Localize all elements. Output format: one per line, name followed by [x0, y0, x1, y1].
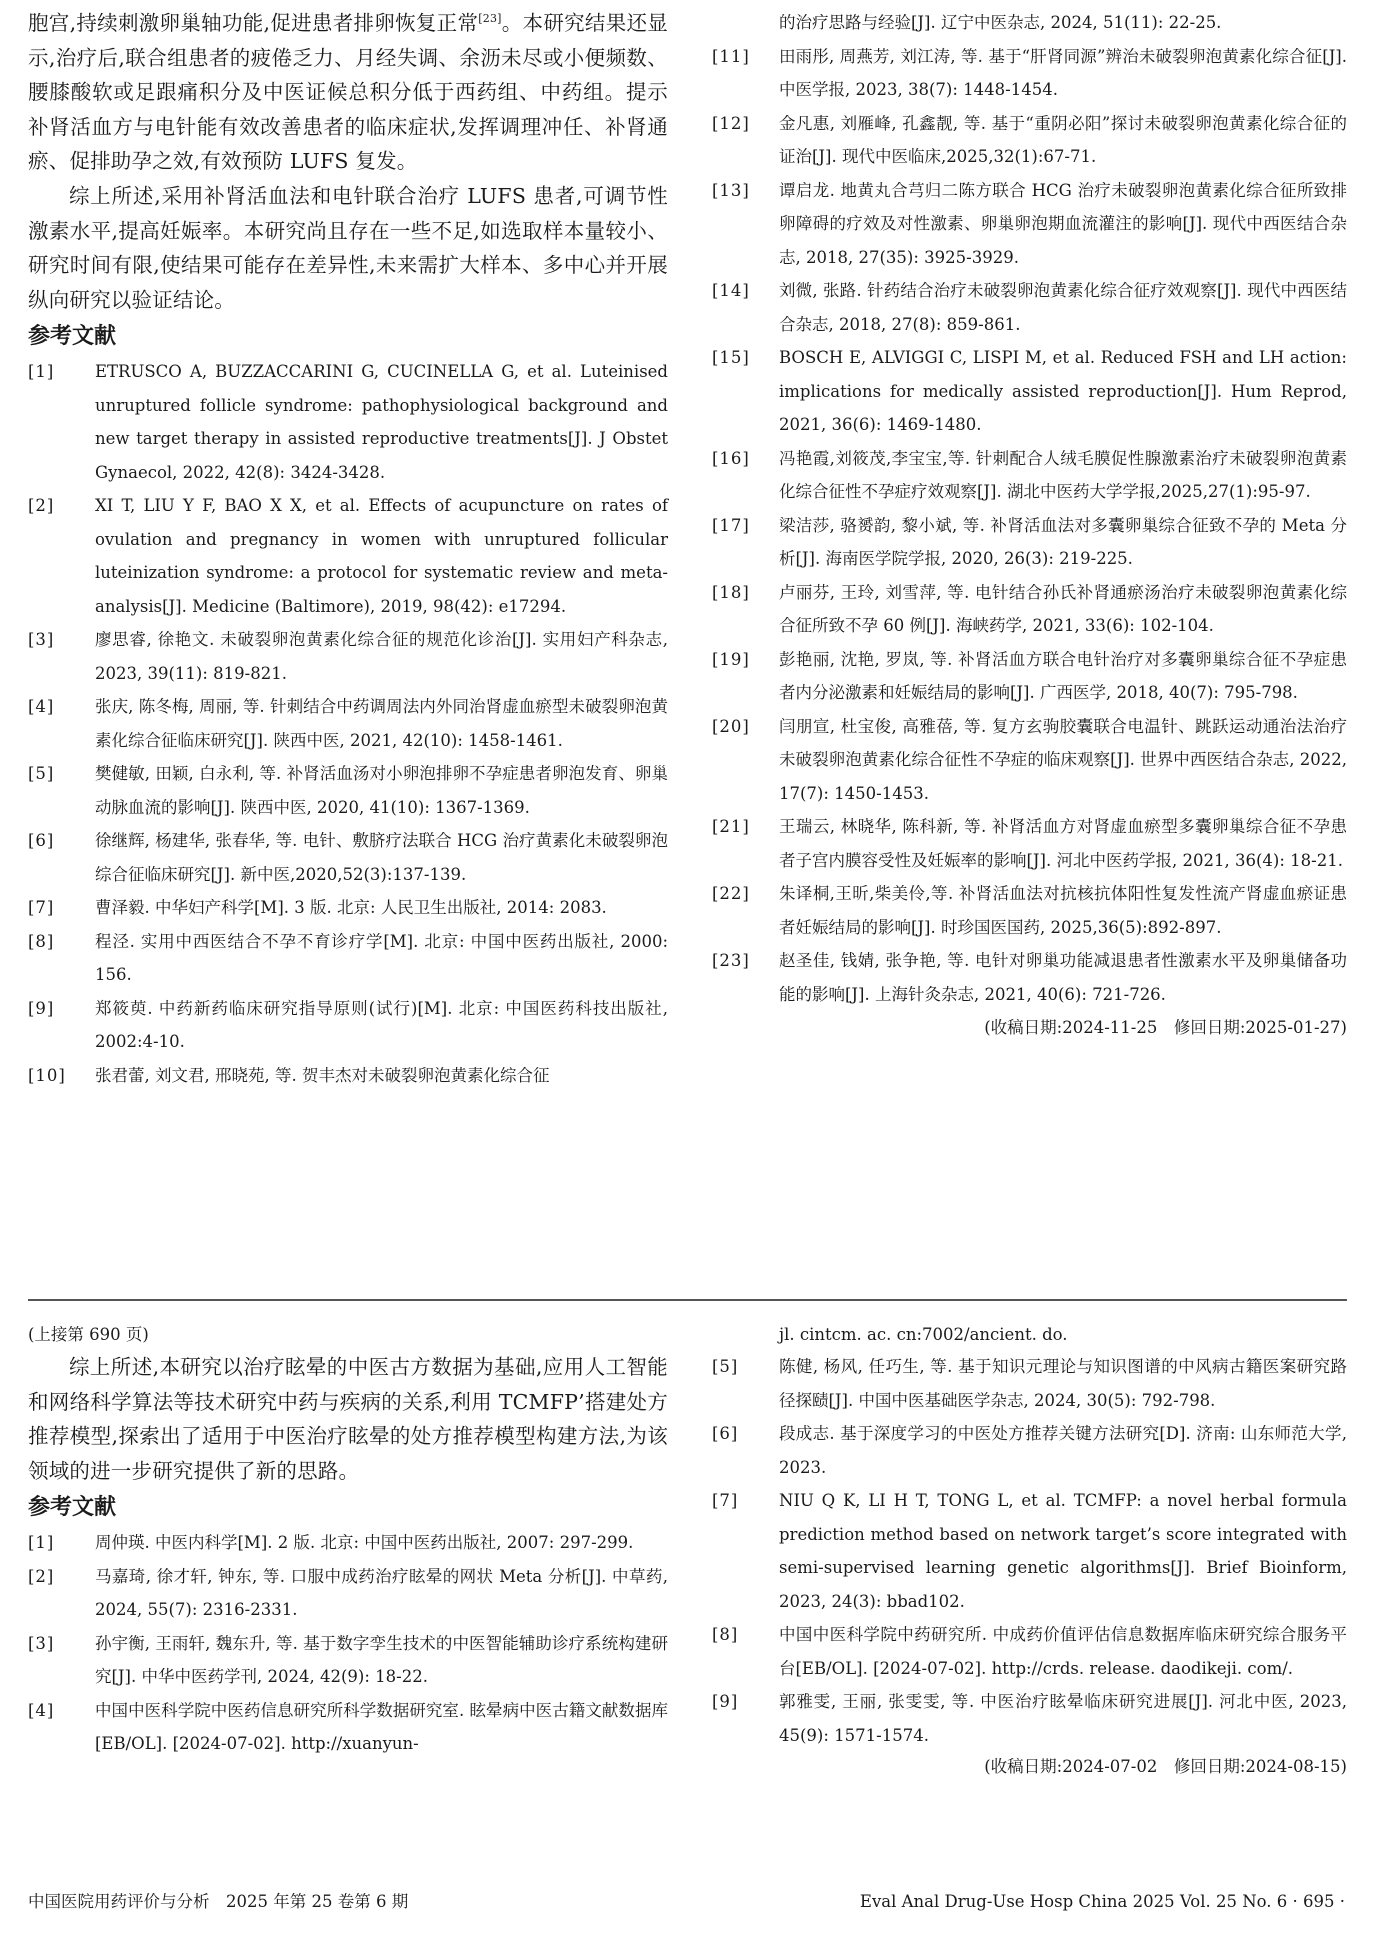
- journal-footer-en: Eval Anal Drug-Use Hosp China 2025 Vol. …: [860, 1890, 1345, 1914]
- reference-number: [4]: [28, 690, 95, 757]
- reference-item: [9]郑筱萸. 中药新药临床研究指导原则(试行)[M]. 北京: 中国医药科技出…: [28, 992, 668, 1059]
- reference-item: [2]XI T, LIU Y F, BAO X X, et al. Effect…: [28, 489, 668, 623]
- reference-item: [9]郭雅雯, 王丽, 张雯雯, 等. 中医治疗眩晕临床研究进展[J]. 河北中…: [712, 1685, 1347, 1752]
- top-left-column: 胞宫,持续刺激卵巢轴功能,促进患者排卵恢复正常[23]。本研究结果还显示,治疗后…: [28, 6, 668, 1092]
- reference-number: [3]: [28, 1627, 95, 1694]
- reference-text: 张君蕾, 刘文君, 邢晓苑, 等. 贺丰杰对未破裂卵泡黄素化综合征: [95, 1059, 668, 1093]
- reference-text: 郑筱萸. 中药新药临床研究指导原则(试行)[M]. 北京: 中国医药科技出版社,…: [95, 992, 668, 1059]
- reference-text: 曹泽毅. 中华妇产科学[M]. 3 版. 北京: 人民卫生出版社, 2014: …: [95, 891, 668, 925]
- reference-text: 王瑞云, 林晓华, 陈科新, 等. 补肾活血方对肾虚血瘀型多囊卵巢综合征不孕患者…: [779, 810, 1347, 877]
- reference-text: BOSCH E, ALVIGGI C, LISPI M, et al. Redu…: [779, 341, 1347, 442]
- reference-text: 田雨彤, 周燕芳, 刘江涛, 等. 基于“肝肾同源”辨治未破裂卵泡黄素化综合征[…: [779, 40, 1347, 107]
- reference-number: [3]: [28, 623, 95, 690]
- reference-number: [6]: [712, 1417, 779, 1484]
- reference-item: [3]廖思睿, 徐艳文. 未破裂卵泡黄素化综合征的规范化诊治[J]. 实用妇产科…: [28, 623, 668, 690]
- reference-item: [7]曹泽毅. 中华妇产科学[M]. 3 版. 北京: 人民卫生出版社, 201…: [28, 891, 668, 925]
- reference-text: 彭艳丽, 沈艳, 罗岚, 等. 补肾活血方联合电针治疗对多囊卵巢综合征不孕症患者…: [779, 643, 1347, 710]
- received-revised-dates: (收稿日期:2024-07-02 修回日期:2024-08-15): [712, 1752, 1347, 1782]
- reference-number: [15]: [712, 341, 779, 442]
- references-heading: 参考文献: [28, 1490, 668, 1526]
- reference-text: 朱译桐,王昕,柴美伶,等. 补肾活血法对抗核抗体阳性复发性流产肾虚血瘀证患者妊娠…: [779, 877, 1347, 944]
- reference-text: 程泾. 实用中西医结合不孕不育诊疗学[M]. 北京: 中国中医药出版社, 200…: [95, 925, 668, 992]
- reference-number: [23]: [712, 944, 779, 1011]
- paragraph-text: 。本研究结果还显示,治疗后,联合组患者的疲倦乏力、月经失调、余沥未尽或小便频数、…: [28, 11, 668, 173]
- received-revised-dates: (收稿日期:2024-11-25 修回日期:2025-01-27): [712, 1011, 1347, 1045]
- reference-item: [2]马嘉琦, 徐才轩, 钟东, 等. 口服中成药治疗眩晕的网状 Meta 分析…: [28, 1560, 668, 1627]
- references-heading: 参考文献: [28, 319, 668, 355]
- reference-text: 梁洁莎, 骆赟韵, 黎小斌, 等. 补肾活血法对多囊卵巢综合征致不孕的 Meta…: [779, 509, 1347, 576]
- reference-list: [1]周仲瑛. 中医内科学[M]. 2 版. 北京: 中国中医药出版社, 200…: [28, 1526, 668, 1761]
- reference-number: [5]: [28, 757, 95, 824]
- reference-number: [1]: [28, 355, 95, 489]
- reference-text: ETRUSCO A, BUZZACCARINI G, CUCINELLA G, …: [95, 355, 668, 489]
- continued-from-note: (上接第 690 页): [28, 1320, 668, 1350]
- reference-item: [6]段成志. 基于深度学习的中医处方推荐关键方法研究[D]. 济南: 山东师范…: [712, 1417, 1347, 1484]
- reference-number: [10]: [28, 1059, 95, 1093]
- reference-item: [22]朱译桐,王昕,柴美伶,等. 补肾活血法对抗核抗体阳性复发性流产肾虚血瘀证…: [712, 877, 1347, 944]
- reference-text: 闫朋宣, 杜宝俊, 高雅蓓, 等. 复方玄驹胶囊联合电温针、跳跃运动通治法治疗未…: [779, 710, 1347, 811]
- reference-text: 徐继辉, 杨建华, 张春华, 等. 电针、敷脐疗法联合 HCG 治疗黄素化未破裂…: [95, 824, 668, 891]
- reference-number: [2]: [28, 1560, 95, 1627]
- reference-text: 中国中医科学院中药研究所. 中成药价值评估信息数据库临床研究综合服务平台[EB/…: [779, 1618, 1347, 1685]
- reference-number: [20]: [712, 710, 779, 811]
- reference-item: [1]周仲瑛. 中医内科学[M]. 2 版. 北京: 中国中医药出版社, 200…: [28, 1526, 668, 1560]
- reference-text: jl. cintcm. ac. cn:7002/ancient. do.: [712, 1320, 1347, 1350]
- reference-text: 郭雅雯, 王丽, 张雯雯, 等. 中医治疗眩晕临床研究进展[J]. 河北中医, …: [779, 1685, 1347, 1752]
- reference-text: 金凡惠, 刘雁峰, 孔鑫靓, 等. 基于“重阴必阳”探讨未破裂卵泡黄素化综合征的…: [779, 107, 1347, 174]
- reference-number: [8]: [28, 925, 95, 992]
- body-paragraph: 胞宫,持续刺激卵巢轴功能,促进患者排卵恢复正常[23]。本研究结果还显示,治疗后…: [28, 6, 668, 179]
- reference-text: 廖思睿, 徐艳文. 未破裂卵泡黄素化综合征的规范化诊治[J]. 实用妇产科杂志,…: [95, 623, 668, 690]
- reference-number: [6]: [28, 824, 95, 891]
- reference-text: XI T, LIU Y F, BAO X X, et al. Effects o…: [95, 489, 668, 623]
- reference-text: 卢丽芬, 王玲, 刘雪萍, 等. 电针结合孙氏补肾通瘀汤治疗未破裂卵泡黄素化综合…: [779, 576, 1347, 643]
- reference-number: [17]: [712, 509, 779, 576]
- reference-text: 张庆, 陈冬梅, 周丽, 等. 针刺结合中药调周法内外同治肾虚血瘀型未破裂卵泡黄…: [95, 690, 668, 757]
- reference-item: [4]中国中医科学院中医药信息研究所科学数据研究室. 眩晕病中医古籍文献数据库[…: [28, 1694, 668, 1761]
- top-right-column: 的治疗思路与经验[J]. 辽宁中医杂志, 2024, 51(11): 22-25…: [712, 6, 1347, 1045]
- reference-number: [9]: [712, 1685, 779, 1752]
- reference-item: [19]彭艳丽, 沈艳, 罗岚, 等. 补肾活血方联合电针治疗对多囊卵巢综合征不…: [712, 643, 1347, 710]
- reference-item: [18]卢丽芬, 王玲, 刘雪萍, 等. 电针结合孙氏补肾通瘀汤治疗未破裂卵泡黄…: [712, 576, 1347, 643]
- reference-item: [15]BOSCH E, ALVIGGI C, LISPI M, et al. …: [712, 341, 1347, 442]
- reference-number: [7]: [28, 891, 95, 925]
- journal-footer-cn: 中国医院用药评价与分析 2025 年第 25 卷第 6 期: [28, 1890, 408, 1914]
- reference-number: [18]: [712, 576, 779, 643]
- reference-number: [2]: [28, 489, 95, 623]
- reference-item: [12]金凡惠, 刘雁峰, 孔鑫靓, 等. 基于“重阴必阳”探讨未破裂卵泡黄素化…: [712, 107, 1347, 174]
- reference-text: 中国中医科学院中医药信息研究所科学数据研究室. 眩晕病中医古籍文献数据库[EB/…: [95, 1694, 668, 1761]
- reference-item: [11]田雨彤, 周燕芳, 刘江涛, 等. 基于“肝肾同源”辨治未破裂卵泡黄素化…: [712, 40, 1347, 107]
- reference-number: [13]: [712, 174, 779, 275]
- reference-item: [16]冯艳霞,刘筱茂,李宝宝,等. 针刺配合人绒毛膜促性腺激素治疗未破裂卵泡黄…: [712, 442, 1347, 509]
- reference-text: 冯艳霞,刘筱茂,李宝宝,等. 针刺配合人绒毛膜促性腺激素治疗未破裂卵泡黄素化综合…: [779, 442, 1347, 509]
- reference-item-continued: 的治疗思路与经验[J]. 辽宁中医杂志, 2024, 51(11): 22-25…: [712, 6, 1347, 40]
- reference-list: [1]ETRUSCO A, BUZZACCARINI G, CUCINELLA …: [28, 355, 668, 1092]
- reference-item: [10]张君蕾, 刘文君, 邢晓苑, 等. 贺丰杰对未破裂卵泡黄素化综合征: [28, 1059, 668, 1093]
- reference-item: [6]徐继辉, 杨建华, 张春华, 等. 电针、敷脐疗法联合 HCG 治疗黄素化…: [28, 824, 668, 891]
- conclusion-paragraph: 综上所述,采用补肾活血法和电针联合治疗 LUFS 患者,可调节性激素水平,提高妊…: [28, 179, 668, 317]
- reference-item: [4]张庆, 陈冬梅, 周丽, 等. 针刺结合中药调周法内外同治肾虚血瘀型未破裂…: [28, 690, 668, 757]
- paragraph-text: 胞宫,持续刺激卵巢轴功能,促进患者排卵恢复正常: [28, 11, 478, 35]
- reference-text: 孙宇衡, 王雨轩, 魏东升, 等. 基于数字孪生技术的中医智能辅助诊疗系统构建研…: [95, 1627, 668, 1694]
- reference-item: [1]ETRUSCO A, BUZZACCARINI G, CUCINELLA …: [28, 355, 668, 489]
- reference-item: [17]梁洁莎, 骆赟韵, 黎小斌, 等. 补肾活血法对多囊卵巢综合征致不孕的 …: [712, 509, 1347, 576]
- reference-number: [9]: [28, 992, 95, 1059]
- reference-text: 马嘉琦, 徐才轩, 钟东, 等. 口服中成药治疗眩晕的网状 Meta 分析[J]…: [95, 1560, 668, 1627]
- reference-number: [16]: [712, 442, 779, 509]
- reference-text: 段成志. 基于深度学习的中医处方推荐关键方法研究[D]. 济南: 山东师范大学,…: [779, 1417, 1347, 1484]
- reference-item: [3]孙宇衡, 王雨轩, 魏东升, 等. 基于数字孪生技术的中医智能辅助诊疗系统…: [28, 1627, 668, 1694]
- reference-item: [7]NIU Q K, LI H T, TONG L, et al. TCMFP…: [712, 1484, 1347, 1618]
- reference-text: 谭启龙. 地黄丸合芎归二陈方联合 HCG 治疗未破裂卵泡黄素化综合征所致排卵障碍…: [779, 174, 1347, 275]
- reference-text: 樊健敏, 田颖, 白永利, 等. 补肾活血汤对小卵泡排卵不孕症患者卵泡发育、卵巢…: [95, 757, 668, 824]
- reference-number: [19]: [712, 643, 779, 710]
- reference-number: [5]: [712, 1350, 779, 1417]
- reference-text: 的治疗思路与经验[J]. 辽宁中医杂志, 2024, 51(11): 22-25…: [712, 6, 1347, 40]
- reference-number: [22]: [712, 877, 779, 944]
- article-divider: [28, 1299, 1347, 1301]
- reference-text: NIU Q K, LI H T, TONG L, et al. TCMFP: a…: [779, 1484, 1347, 1618]
- reference-number: [7]: [712, 1484, 779, 1618]
- reference-number: [11]: [712, 40, 779, 107]
- reference-item: [5]樊健敏, 田颖, 白永利, 等. 补肾活血汤对小卵泡排卵不孕症患者卵泡发育…: [28, 757, 668, 824]
- bottom-right-column: jl. cintcm. ac. cn:7002/ancient. do. [5]…: [712, 1320, 1347, 1782]
- reference-item: [13]谭启龙. 地黄丸合芎归二陈方联合 HCG 治疗未破裂卵泡黄素化综合征所致…: [712, 174, 1347, 275]
- bottom-left-column: (上接第 690 页) 综上所述,本研究以治疗眩晕的中医古方数据为基础,应用人工…: [28, 1320, 668, 1761]
- reference-text: 周仲瑛. 中医内科学[M]. 2 版. 北京: 中国中医药出版社, 2007: …: [95, 1526, 668, 1560]
- reference-item: [8]程泾. 实用中西医结合不孕不育诊疗学[M]. 北京: 中国中医药出版社, …: [28, 925, 668, 992]
- reference-item: [14]刘微, 张路. 针药结合治疗未破裂卵泡黄素化综合征疗效观察[J]. 现代…: [712, 274, 1347, 341]
- reference-number: [14]: [712, 274, 779, 341]
- reference-text: 赵圣佳, 钱婧, 张争艳, 等. 电针对卵巢功能减退患者性激素水平及卵巢储备功能…: [779, 944, 1347, 1011]
- reference-item: [20]闫朋宣, 杜宝俊, 高雅蓓, 等. 复方玄驹胶囊联合电温针、跳跃运动通治…: [712, 710, 1347, 811]
- reference-number: [21]: [712, 810, 779, 877]
- conclusion-paragraph: 综上所述,本研究以治疗眩晕的中医古方数据为基础,应用人工智能和网络科学算法等技术…: [28, 1350, 668, 1488]
- reference-item-continued: jl. cintcm. ac. cn:7002/ancient. do.: [712, 1320, 1347, 1350]
- reference-item: [21]王瑞云, 林晓华, 陈科新, 等. 补肾活血方对肾虚血瘀型多囊卵巢综合征…: [712, 810, 1347, 877]
- reference-item: [5]陈健, 杨风, 任巧生, 等. 基于知识元理论与知识图谱的中风病古籍医案研…: [712, 1350, 1347, 1417]
- reference-item: [23]赵圣佳, 钱婧, 张争艳, 等. 电针对卵巢功能减退患者性激素水平及卵巢…: [712, 944, 1347, 1011]
- reference-number: [1]: [28, 1526, 95, 1560]
- reference-number: [12]: [712, 107, 779, 174]
- reference-number: [8]: [712, 1618, 779, 1685]
- reference-text: 刘微, 张路. 针药结合治疗未破裂卵泡黄素化综合征疗效观察[J]. 现代中西医结…: [779, 274, 1347, 341]
- reference-item: [8]中国中医科学院中药研究所. 中成药价值评估信息数据库临床研究综合服务平台[…: [712, 1618, 1347, 1685]
- reference-number: [4]: [28, 1694, 95, 1761]
- reference-text: 陈健, 杨风, 任巧生, 等. 基于知识元理论与知识图谱的中风病古籍医案研究路径…: [779, 1350, 1347, 1417]
- citation-superscript[interactable]: [23]: [478, 12, 501, 25]
